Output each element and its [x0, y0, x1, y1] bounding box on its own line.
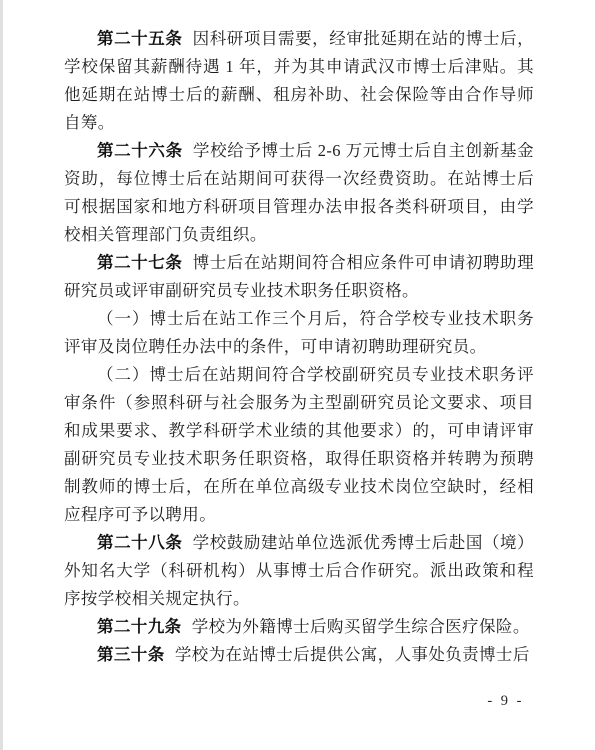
paragraph-text: 学校为外籍博士后购买留学生综合医疗保险。: [192, 617, 530, 636]
article-term: 第二十七条: [97, 254, 182, 272]
document-page: 第二十五条因科研项目需要，经审批延期在站的博士后，学校保留其薪酬待遇 1 年，并…: [0, 0, 595, 750]
article-term: 第二十六条: [97, 142, 183, 160]
document-body: 第二十五条因科研项目需要，经审批延期在站的博士后，学校保留其薪酬待遇 1 年，并…: [64, 25, 534, 669]
paragraph: 第三十条学校为在站博士后提供公寓，人事处负责博士后: [64, 641, 534, 669]
paragraph: 第二十九条学校为外籍博士后购买留学生综合医疗保险。: [64, 613, 534, 641]
article-term: 第二十九条: [97, 618, 182, 636]
paragraph: （一）博士后在站工作三个月后，符合学校专业技术职务评审及岗位聘任办法中的条件，可…: [64, 305, 534, 361]
paragraph-text: （二）博士后在站期间符合学校副研究员专业技术职务评审条件（参照科研与社会服务为主…: [64, 365, 534, 524]
article-term: 第二十五条: [97, 30, 182, 48]
page-number: - 9 -: [487, 693, 524, 710]
article-term: 第二十八条: [97, 534, 182, 552]
paragraph: 第二十七条博士后在站期间符合相应条件可申请初聘助理研究员或评审副研究员专业技术职…: [64, 249, 534, 305]
article-term: 第三十条: [97, 646, 165, 664]
paragraph: 第二十五条因科研项目需要，经审批延期在站的博士后，学校保留其薪酬待遇 1 年，并…: [64, 25, 534, 137]
paragraph-text: 学校为在站博士后提供公寓，人事处负责博士后: [175, 645, 530, 664]
scan-edge-artifact: [0, 0, 3, 750]
paragraph: （二）博士后在站期间符合学校副研究员专业技术职务评审条件（参照科研与社会服务为主…: [64, 361, 534, 529]
paragraph-text: （一）博士后在站工作三个月后，符合学校专业技术职务评审及岗位聘任办法中的条件，可…: [64, 309, 534, 356]
paragraph: 第二十六条学校给予博士后 2-6 万元博士后自主创新基金资助，每位博士后在站期间…: [64, 137, 534, 249]
paragraph: 第二十八条学校鼓励建站单位选派优秀博士后赴国（境）外知名大学（科研机构）从事博士…: [64, 529, 534, 613]
